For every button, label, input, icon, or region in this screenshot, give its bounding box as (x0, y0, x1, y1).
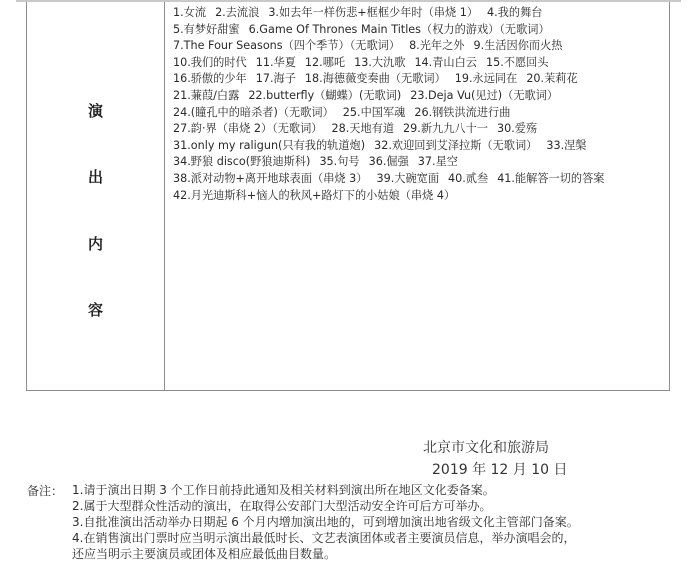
song-line: 21.蒹葭/白露22.butterfly（蝴蝶）(无歌词)23.Deja Vu(… (173, 88, 613, 105)
song-line: 34.野狼 disco(野狼迪斯科)35.句号36.倔强37.星空 (173, 154, 613, 171)
song-list: 1.女流2.去流浪3.如去年一样伤悲+框框少年时（串烧 1）4.我的舞台5.有梦… (173, 5, 613, 204)
song-line: 38.派对动物+离开地球表面（串烧 3）39.大碗宽面40.贰叁41.能解答一切… (173, 171, 613, 188)
song-item: 21.蒹葭/白露 (173, 89, 239, 102)
song-item: 10.我们的时代 (173, 56, 247, 69)
issue-date: 2019 年 12 月 10 日 (432, 459, 568, 479)
song-item: 19.永远同在 (455, 72, 518, 85)
song-line: 31.only my raligun(只有我的轨道炮)32.欢迎回到艾泽拉斯（无… (173, 138, 613, 155)
note-line: 3.自批准演出活动举办日期起 6 个月内增加演出地的，可到增加演出地省级文化主管… (72, 514, 579, 530)
song-item: 6.Game Of Thrones Main Titles（权力的游戏）（无歌词… (249, 23, 550, 36)
song-item: 20.茉莉花 (526, 72, 577, 85)
song-item: 36.倔强 (369, 155, 409, 168)
song-item: 24.(瞳孔中的暗杀者)（无歌词） (173, 106, 334, 119)
song-item: 35.句号 (319, 155, 359, 168)
song-item: 27.韵·界（串烧 2）（无歌词） (173, 122, 323, 135)
song-item: 37.星空 (418, 155, 458, 168)
song-item: 4.我的舞台 (487, 6, 542, 19)
song-item: 12.哪吒 (305, 56, 345, 69)
song-item: 8.光年之外 (409, 39, 464, 52)
song-item: 33.涅槃 (546, 139, 586, 152)
song-line: 16.骄傲的少年17.海子18.海德薇变奏曲（无歌词）19.永远同在20.茉莉花 (173, 71, 613, 88)
label-char: 内 (27, 233, 164, 254)
label-char: 演 (27, 100, 164, 121)
song-item: 23.Deja Vu(见过)（无歌词） (410, 89, 558, 102)
song-item: 40.贰叁 (448, 172, 488, 185)
song-line: 42.月光迪斯科+恼人的秋风+路灯下的小姑娘（串烧 4） (173, 188, 613, 205)
note-line: 还应当明示主要演员或团体及相应最低曲目数量。 (72, 546, 336, 562)
song-item: 1.女流 (173, 6, 206, 19)
song-item: 30.爱殇 (497, 122, 537, 135)
song-item: 22.butterfly（蝴蝶）(无歌词) (248, 89, 401, 102)
song-item: 13.大氿歌 (354, 56, 405, 69)
note-line: 2.属于大型群众性活动的演出，在取得公安部门大型活动安全许可后方可举办。 (72, 498, 491, 514)
label-char: 出 (27, 166, 164, 187)
issuer-name: 北京市文化和旅游局 (423, 437, 549, 457)
row-label-cell: 演 出 内 容 (27, 2, 165, 390)
song-line: 1.女流2.去流浪3.如去年一样伤悲+框框少年时（串烧 1）4.我的舞台 (173, 5, 613, 22)
song-item: 17.海子 (256, 72, 296, 85)
song-item: 26.钢铁洪流进行曲 (414, 106, 510, 119)
song-item: 34.野狼 disco(野狼迪斯科) (173, 155, 310, 168)
song-line: 7.The Four Seasons（四个季节）（无歌词）8.光年之外9.生活因… (173, 38, 613, 55)
song-item: 16.骄傲的少年 (173, 72, 247, 85)
song-list-cell: 1.女流2.去流浪3.如去年一样伤悲+框框少年时（串烧 1）4.我的舞台5.有梦… (165, 2, 669, 390)
song-item: 18.海德薇变奏曲（无歌词） (305, 72, 446, 85)
song-item: 32.欢迎回到艾泽拉斯（无歌词） (374, 139, 537, 152)
note-line: 4.在销售演出门票时应当明示演出最低时长、文艺表演团体或者主要演员信息，举办演唱… (72, 530, 575, 546)
song-line: 24.(瞳孔中的暗杀者)（无歌词）25.中国军魂26.钢铁洪流进行曲 (173, 105, 613, 122)
performance-content-table: 演 出 内 容 1.女流2.去流浪3.如去年一样伤悲+框框少年时（串烧 1）4.… (26, 2, 670, 391)
song-item: 7.The Four Seasons（四个季节）（无歌词） (173, 39, 400, 52)
song-item: 25.中国军魂 (343, 106, 406, 119)
song-item: 31.only my raligun(只有我的轨道炮) (173, 139, 365, 152)
song-item: 39.大碗宽面 (376, 172, 439, 185)
note-line: 1.请于演出日期 3 个工作日前持此通知及相关材料到演出所在地区文化委备案。 (72, 482, 495, 498)
song-item: 2.去流浪 (215, 6, 259, 19)
notes-label: 备注： (27, 482, 63, 499)
song-item: 38.派对动物+离开地球表面（串烧 3） (173, 172, 367, 185)
song-item: 29.新九九八十一 (403, 122, 488, 135)
song-item: 14.青山白云 (414, 56, 477, 69)
song-item: 9.生活因你而火热 (474, 39, 563, 52)
song-item: 41.能解答一切的答案 (497, 172, 604, 185)
song-item: 42.月光迪斯科+恼人的秋风+路灯下的小姑娘（串烧 4） (173, 189, 455, 202)
song-line: 10.我们的时代11.华夏12.哪吒13.大氿歌14.青山白云15.不愿回头 (173, 55, 613, 72)
song-line: 5.有梦好甜蜜6.Game Of Thrones Main Titles（权力的… (173, 22, 613, 39)
song-item: 3.如去年一样伤悲+框框少年时（串烧 1） (268, 6, 478, 19)
song-item: 15.不愿回头 (486, 56, 549, 69)
label-char: 容 (27, 299, 164, 320)
song-item: 5.有梦好甜蜜 (173, 23, 240, 36)
song-item: 11.华夏 (256, 56, 296, 69)
song-item: 28.天地有道 (332, 122, 395, 135)
song-line: 27.韵·界（串烧 2）（无歌词）28.天地有道29.新九九八十一30.爱殇 (173, 121, 613, 138)
